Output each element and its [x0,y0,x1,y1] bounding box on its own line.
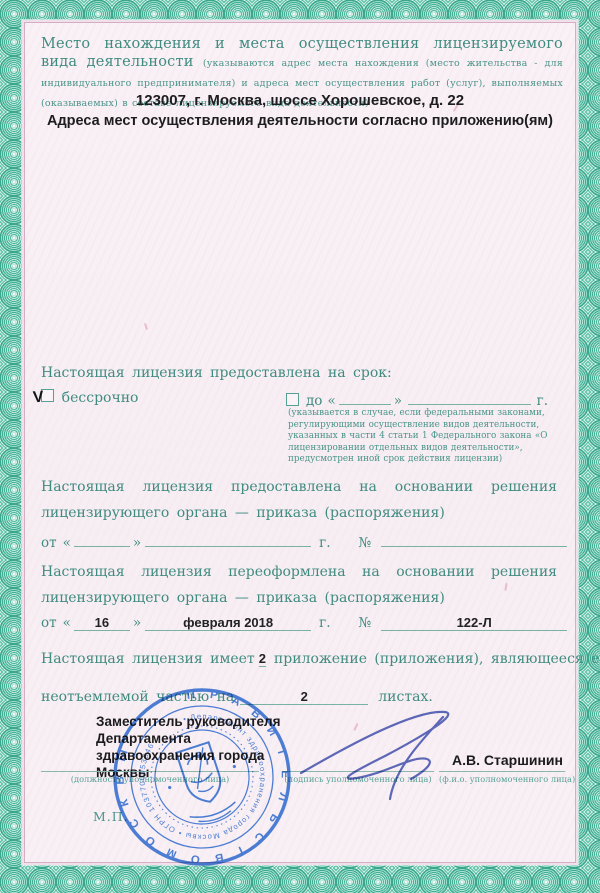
perpetual-label: бессрочно [62,390,139,406]
quote-open: « [63,615,71,631]
granted-no-sign: № [359,535,372,551]
handwritten-signature [293,699,471,803]
reissued-day-value: 16 [74,615,130,631]
paper-area: Место нахождения и места осуществления л… [24,22,576,863]
perpetual-checkbox-mark: V [32,389,44,408]
term-note: (указывается в случае, если федеральными… [288,408,558,466]
reissued-from: от [41,615,57,631]
granted-date-row: от « » г. № [41,531,567,551]
stamp-outer-ring-text: П Р А В И Т Е Л Ь С Т В О М О С К В Ы [106,681,298,873]
quote-close: » [133,535,141,551]
annex-addresses-line: Адреса мест осуществления деятельности с… [25,113,575,129]
granted-from: от [41,535,57,551]
paper-fiber [144,323,148,330]
official-round-stamp: П Р А В И Т Е Л Ь С Т В О М О С К В Ы • … [106,681,298,873]
granted-month-blank [145,531,311,547]
reissued-text: Настоящая лицензия переоформлена на осно… [41,559,557,611]
term-title: Настоящая лицензия предоставлена на срок… [41,365,392,381]
until-option: до « » г. [286,389,548,409]
granted-text: Настоящая лицензия предоставлена на осно… [41,474,557,526]
granted-year-abbr: г. [319,535,330,551]
until-day-blank [339,389,391,405]
quote-close: » [133,615,141,631]
reissued-number-value: 122-Л [381,615,567,631]
perpetual-option: V бессрочно [33,389,138,407]
reissued-date-row: от « 16 » февраля 2018 г. № 122-Л [41,615,567,631]
granted-number-blank [381,531,567,547]
quote-open: « [327,393,335,409]
address-line: 123007, г. Москва, шоссе Хорошевское, д.… [25,92,575,109]
quote-open: « [63,535,71,551]
until-year-abbr: г. [537,393,548,409]
until-checkbox [286,393,299,406]
reissued-month-value: февраля 2018 [145,615,311,631]
until-year-blank [408,389,531,405]
until-label: до [306,393,322,409]
annex-line-1: Настоящая лицензия имеет 2 приложение (п… [41,651,567,667]
license-back-page: Место нахождения и места осуществления л… [0,0,600,893]
reissued-no-sign: № [359,615,372,631]
quote-close: » [394,393,402,409]
annex-text-1: Настоящая лицензия имеет [41,651,255,667]
granted-day-blank [74,531,130,547]
reissued-year-abbr: г. [319,615,330,631]
moscow-coat-of-arms [159,737,250,831]
annex-text-2: приложение (приложения), являющееся её [274,651,600,667]
annex-count-value: 2 [259,651,266,667]
